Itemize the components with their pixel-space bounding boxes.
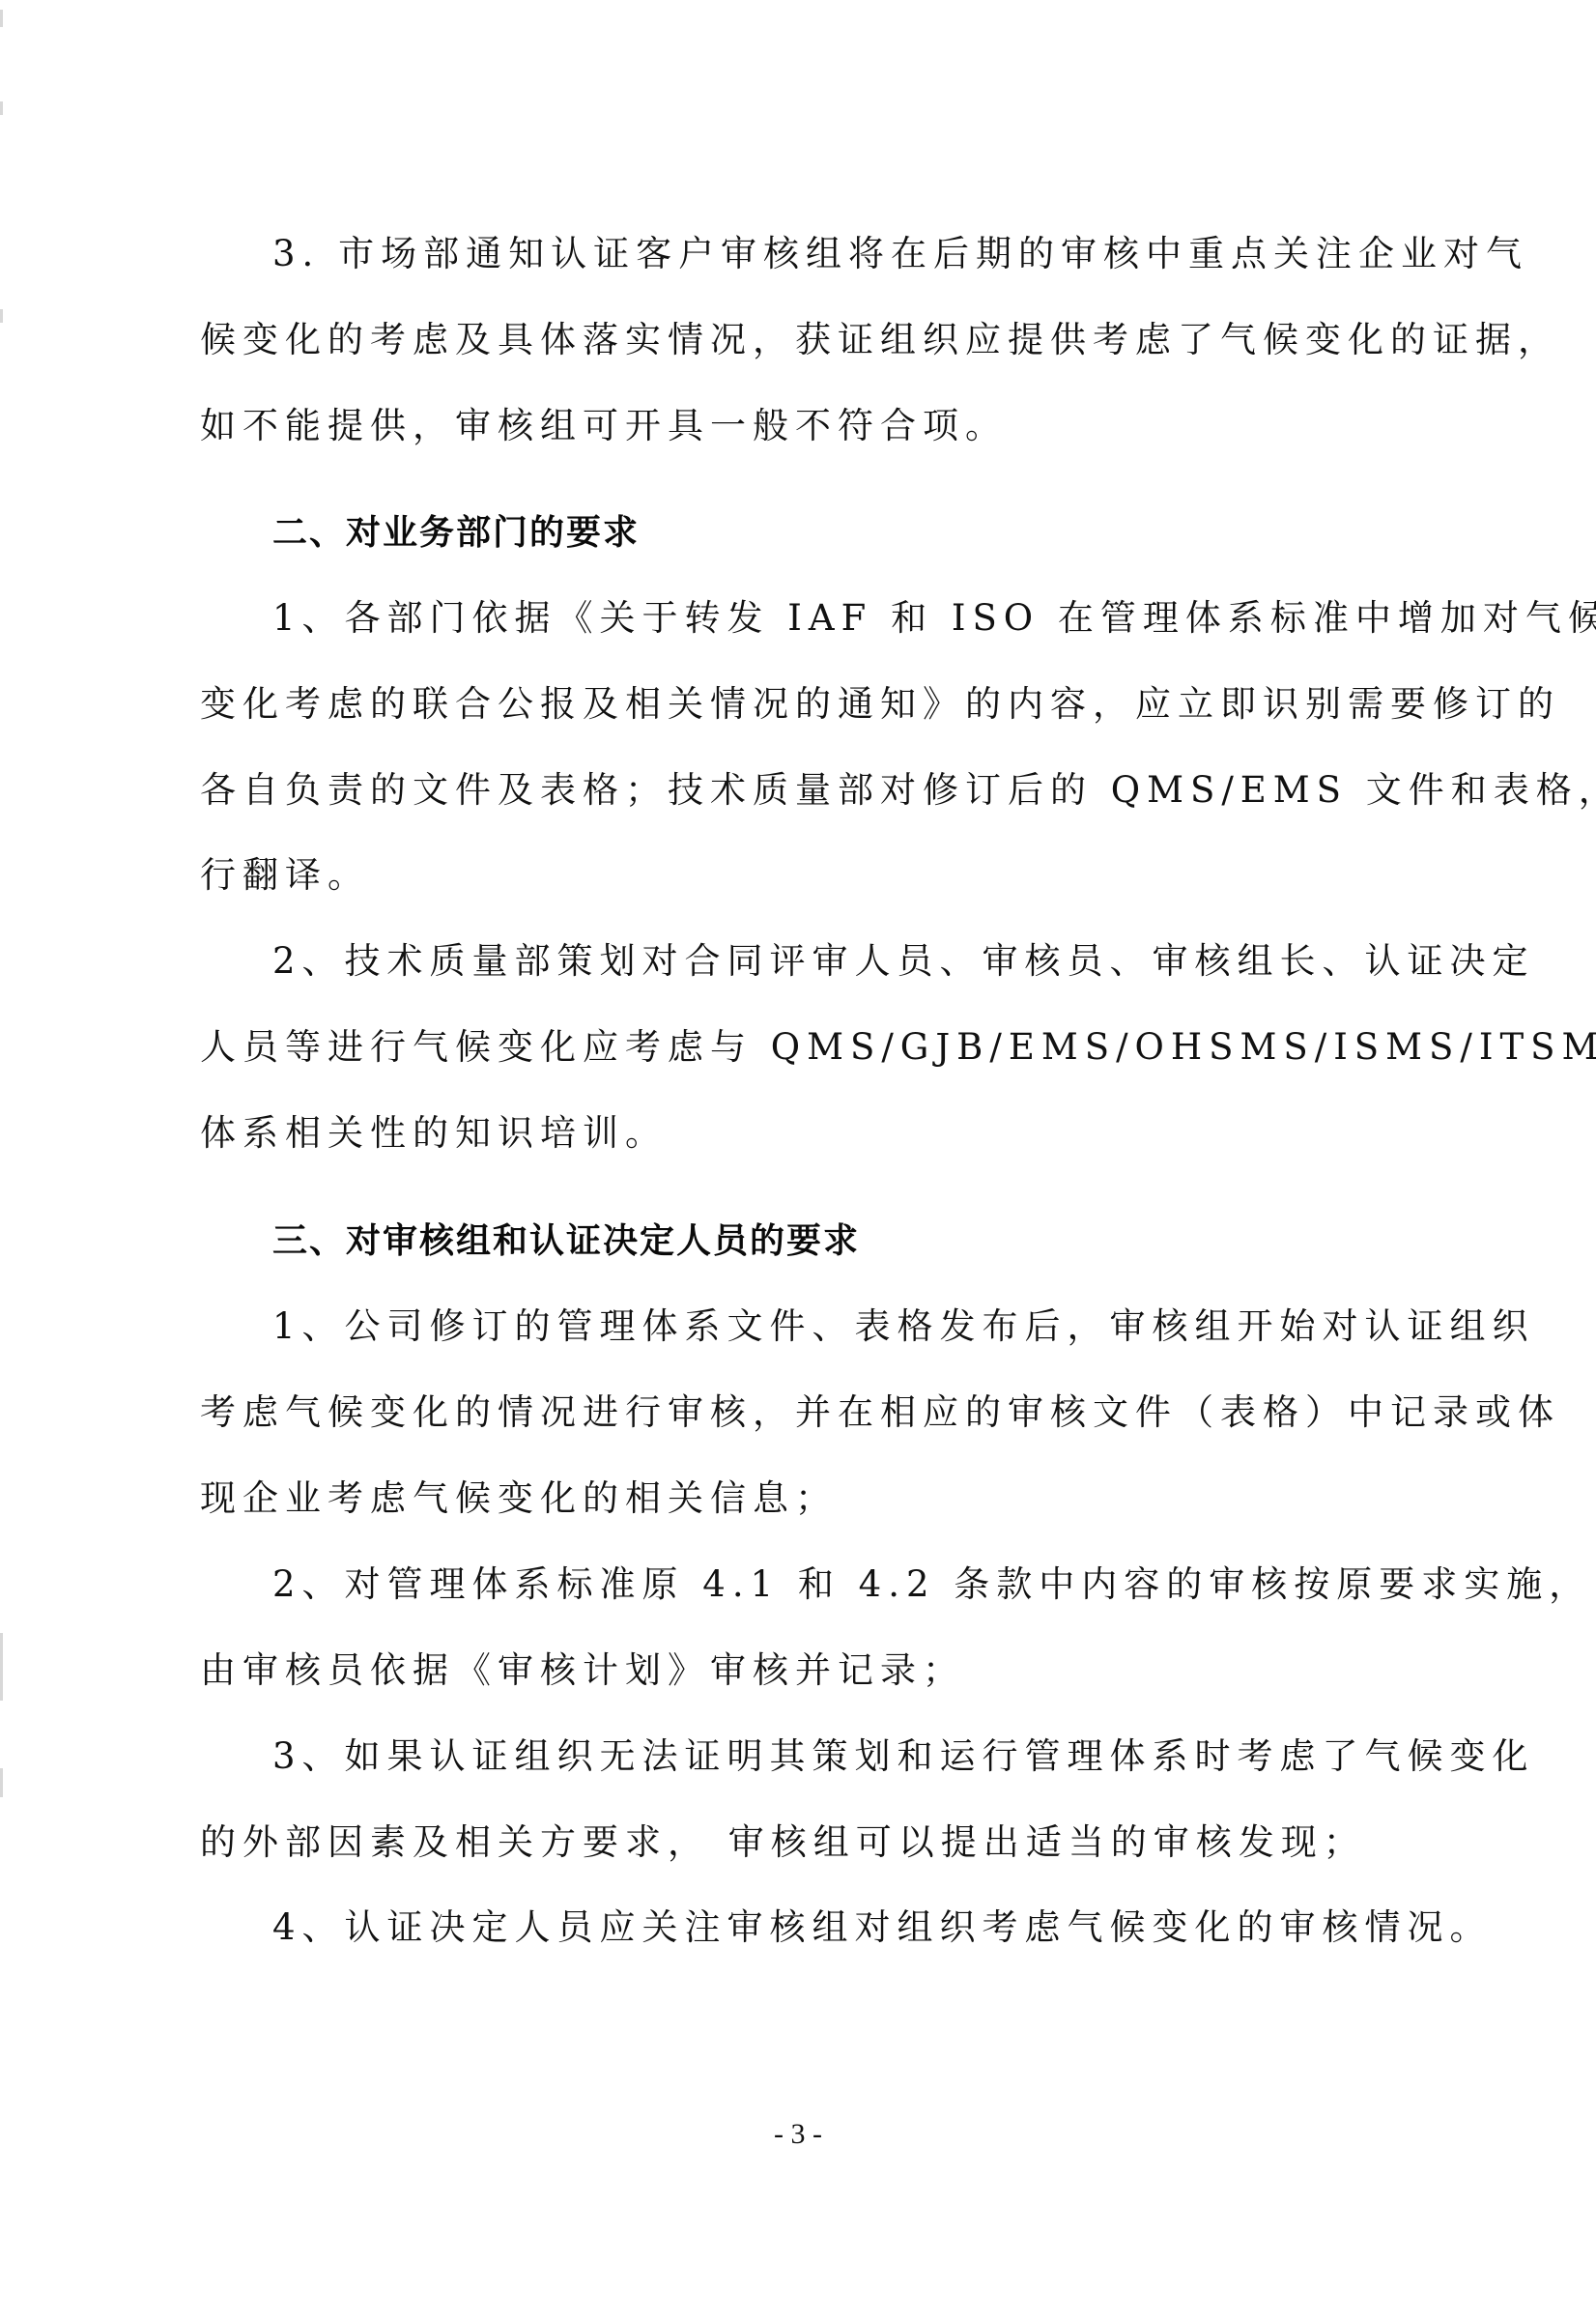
paragraph-line: 人员等进行气候变化应考虑与 QMS/GJB/EMS/OHSMS/ISMS/ITS… xyxy=(200,1023,1398,1072)
paragraph-line: 3. 市场部通知认证客户审核组将在后期的审核中重点关注企业对气 xyxy=(272,230,1398,278)
paragraph-line: 2、技术质量部策划对合同评审人员、审核员、审核组长、认证决定 xyxy=(272,937,1398,986)
scan-edge-mark xyxy=(0,309,3,323)
section-heading-business-departments: 二、对业务部门的要求 xyxy=(272,509,1398,558)
paragraph-line: 行翻译。 xyxy=(200,851,1398,900)
scan-edge-mark xyxy=(0,1768,3,1797)
paragraph-line: 2、对管理体系标准原 4.1 和 4.2 条款中内容的审核按原要求实施， xyxy=(272,1560,1398,1609)
paragraph-line: 3、如果认证组织无法证明其策划和运行管理体系时考虑了气候变化 xyxy=(272,1732,1398,1781)
paragraph-line: 各自负责的文件及表格；技术质量部对修订后的 QMS/EMS 文件和表格，进 xyxy=(200,766,1398,815)
scan-edge-mark xyxy=(0,10,3,27)
section-heading-audit-team-requirements: 三、对审核组和认证决定人员的要求 xyxy=(272,1217,1398,1266)
document-page: 3. 市场部通知认证客户审核组将在后期的审核中重点关注企业对气 候变化的考虑及具… xyxy=(0,0,1596,2319)
paragraph-line: 的外部因素及相关方要求， 审核组可以提出适当的审核发现； xyxy=(200,1818,1398,1867)
scan-edge-mark xyxy=(0,101,3,115)
paragraph-line: 4、认证决定人员应关注审核组对组织考虑气候变化的审核情况。 xyxy=(272,1904,1398,1952)
paragraph-line: 体系相关性的知识培训。 xyxy=(200,1109,1398,1158)
paragraph-line: 考虑气候变化的情况进行审核，并在相应的审核文件（表格）中记录或体 xyxy=(200,1389,1398,1437)
paragraph-line: 1、各部门依据《关于转发 IAF 和 ISO 在管理体系标准中增加对气候 xyxy=(272,594,1398,643)
paragraph-line: 1、公司修订的管理体系文件、表格发布后，审核组开始对认证组织 xyxy=(272,1303,1398,1351)
paragraph-line: 变化考虑的联合公报及相关情况的通知》的内容，应立即识别需要修订的 xyxy=(200,680,1398,729)
paragraph-line: 现企业考虑气候变化的相关信息； xyxy=(200,1474,1398,1523)
scan-edge-mark xyxy=(0,1633,3,1701)
paragraph-line: 如不能提供，审核组可开具一般不符合项。 xyxy=(200,402,1398,450)
paragraph-line: 由审核员依据《审核计划》审核并记录； xyxy=(200,1646,1398,1695)
page-number: - 3 - xyxy=(0,2118,1596,2151)
paragraph-line: 候变化的考虑及具体落实情况，获证组织应提供考虑了气候变化的证据， xyxy=(200,316,1398,364)
